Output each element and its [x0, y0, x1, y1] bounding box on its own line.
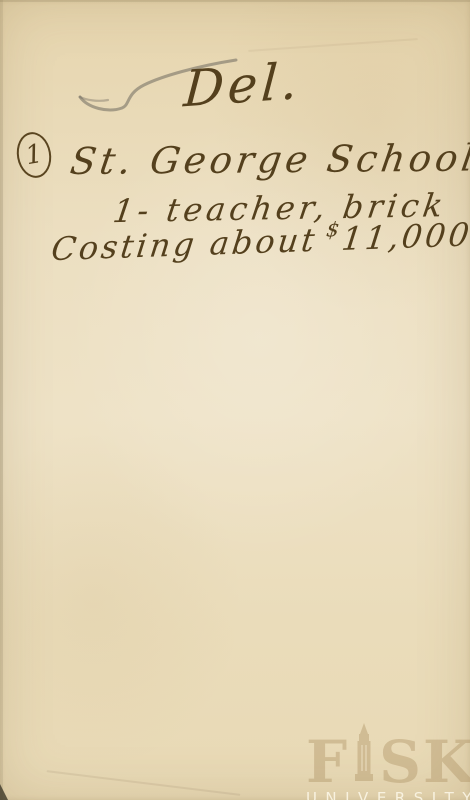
paper-crease-bottom [47, 770, 241, 795]
watermark-brand: F SK [306, 723, 470, 785]
watermark-letter-f: F [306, 740, 349, 785]
paper-top-edge [0, 0, 470, 2]
watermark-letters-sk: SK [379, 740, 470, 785]
cost-prefix: Costing about [49, 221, 319, 268]
cost-amount: 11,000 [340, 215, 470, 258]
item-number-circle: 1 [13, 129, 54, 180]
paper-crease-top [248, 38, 418, 51]
jubilee-hall-tower-icon [352, 723, 376, 784]
school-name-line: St. George School [68, 136, 470, 183]
note-heading: Del. [182, 52, 303, 119]
watermark-subtitle: UNIVERSITY [306, 789, 470, 800]
currency-mark: $ [325, 217, 344, 242]
item-number: 1 [23, 139, 45, 171]
paper-corner-chip [0, 784, 8, 800]
fisk-university-watermark: F SK UNIVERSITY [306, 723, 470, 800]
paper-left-edge [0, 0, 3, 800]
note-card: Del. 1 St. George School 1- teacher, bri… [0, 0, 470, 800]
